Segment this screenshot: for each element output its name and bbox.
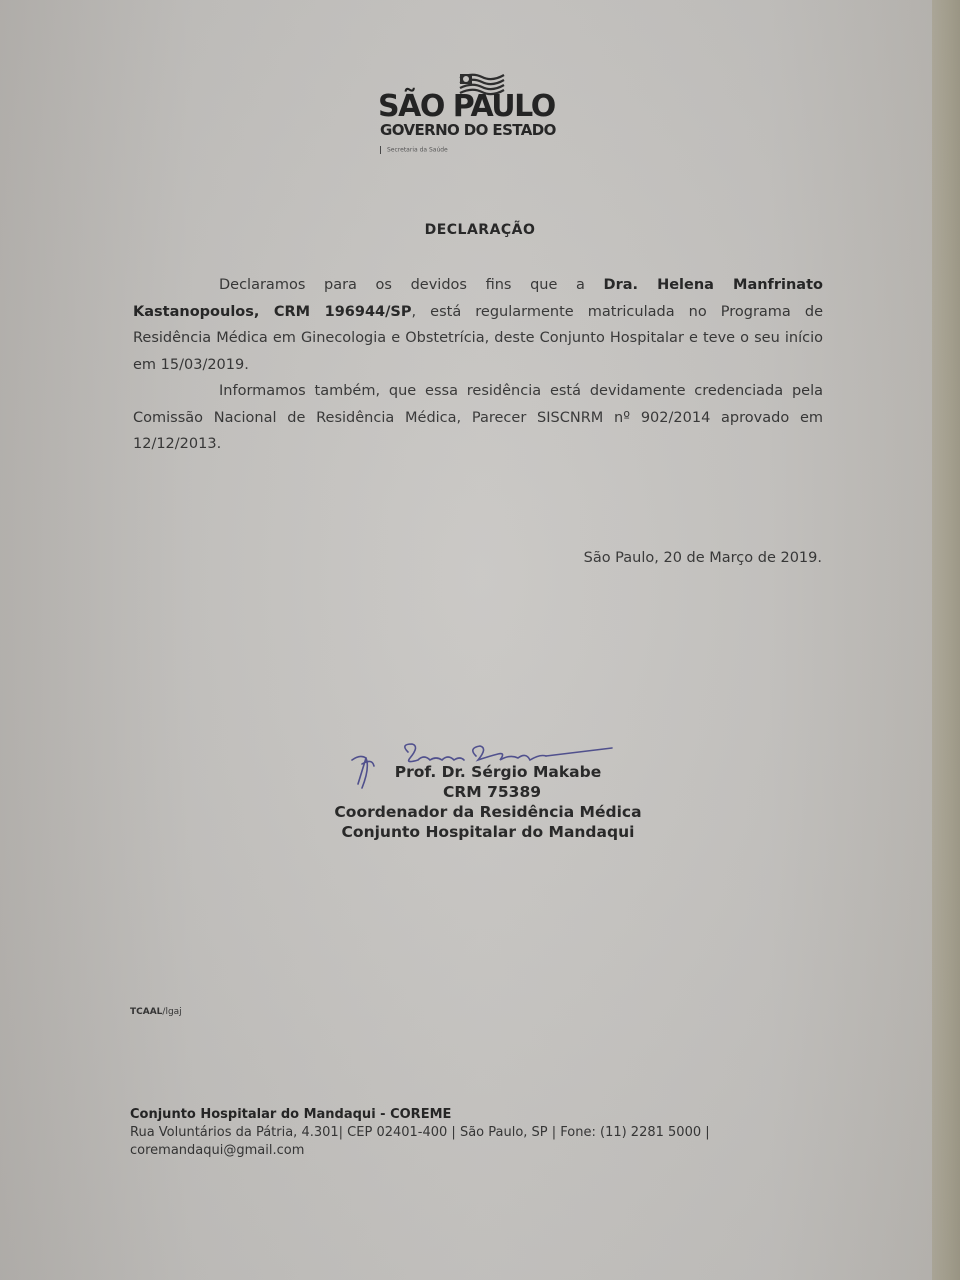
logo-secretariat: Secretaria da Saúde: [380, 146, 448, 155]
signer-crm: CRM 75389: [328, 782, 648, 802]
date-line: São Paulo, 20 de Março de 2019.: [584, 550, 822, 566]
paragraph-1-intro: Declaramos para os devidos fins que a: [219, 277, 604, 293]
footer: Conjunto Hospitalar do Mandaqui - COREME…: [130, 1106, 710, 1160]
reference-code: TCAAL/lgaj: [130, 1007, 182, 1017]
photo-vignette: [0, 0, 960, 1280]
document-body: Declaramos para os devidos fins que a Dr…: [133, 272, 823, 458]
paragraph-1: Declaramos para os devidos fins que a Dr…: [133, 272, 823, 378]
footer-address: Rua Voluntários da Pátria, 4.301| CEP 02…: [130, 1124, 710, 1142]
secretariat-label: Secretaria da Saúde: [387, 147, 448, 154]
signer-name: Prof. Dr. Sérgio Makabe: [328, 762, 648, 782]
logo-government: GOVERNO DO ESTADO: [380, 122, 556, 138]
reference-initials: /lgaj: [162, 1007, 181, 1017]
paragraph-2: Informamos também, que essa residência e…: [133, 378, 823, 458]
sao-paulo-government-logo: SÃO PAULO GOVERNO DO ESTADO Secretaria d…: [378, 72, 578, 162]
footer-email: coremandaqui@gmail.com: [130, 1142, 710, 1160]
paper-edge-shadow: [932, 0, 960, 1280]
signer-institution: Conjunto Hospitalar do Mandaqui: [328, 822, 648, 842]
signer-role: Coordenador da Residência Médica: [328, 802, 648, 822]
footer-title: Conjunto Hospitalar do Mandaqui - COREME: [130, 1106, 710, 1124]
reference-code-main: TCAAL: [130, 1007, 162, 1017]
signature-block: Prof. Dr. Sérgio Makabe CRM 75389 Coorde…: [328, 762, 648, 842]
document-title: DECLARAÇÃO: [0, 222, 960, 238]
logo-state-name: SÃO PAULO: [378, 92, 555, 122]
